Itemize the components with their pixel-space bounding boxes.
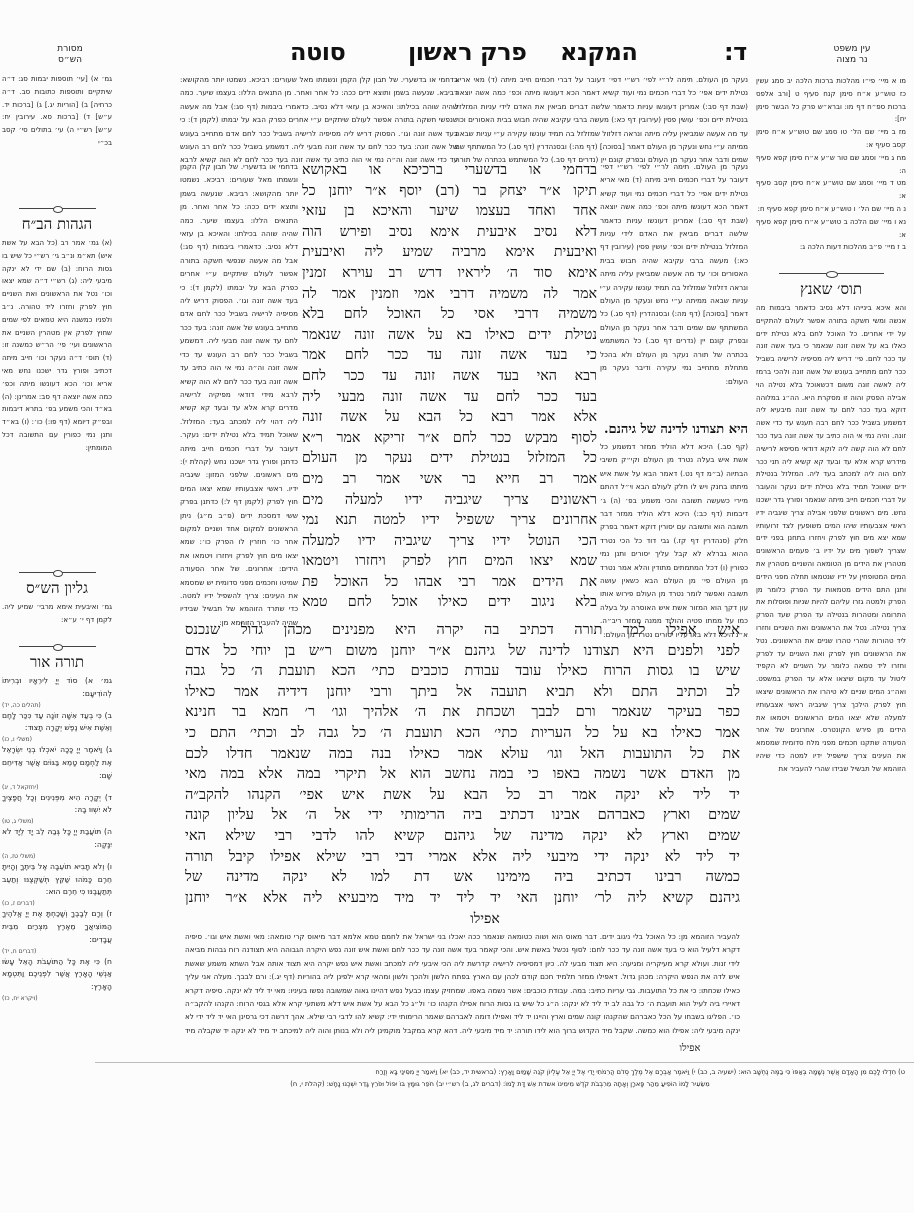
- gemara-line: כי בעד אשה זונה עד ככר לחם אמר: [302, 345, 597, 366]
- tosafot-commentary-top: בדחמי או בדשערי. של תבון קלן הקמן ונשמתו…: [180, 73, 458, 163]
- gemara-line: אימא סוד ה׳ ליראיו דרש רב עוירא זמנין: [302, 263, 597, 284]
- verse-text: ב) כִּי בְעַד אִשָּׁה זוֹנָה עַד כִּכַּר…: [2, 710, 112, 736]
- rashi-text: נעקר מן העולם. תימה לר״י לפי׳ רש״י דפי׳ …: [455, 75, 748, 163]
- gemara-wide-line: מן האדם אשר נשמה באפו כי במה נחשב הוא אל…: [185, 764, 740, 785]
- torah-or-entry: ג) וַיֹּאמֶר יְיָ כָּכָה יֹאכְלוּ בְנֵי …: [2, 744, 112, 791]
- ornament-divider: [756, 268, 906, 278]
- gemara-wide-line: לב וכתיב התם ולא תביא תועבה אל ביתך ורבי…: [185, 682, 740, 703]
- ein-mishpat-entry: מח ג מיי׳ וסמג שם טור ש״ע א״ח סימן קפא ס…: [756, 152, 906, 178]
- gemara-line: כל המזלזל בנטילת ידים נעקר מן העולם: [302, 448, 597, 469]
- gemara-line: בדחמי או בדשערי ברכיכא או באקושא: [302, 160, 597, 181]
- gemara-wide-line: גיהנם קשיא ליה לר׳ יוחנן האי יד ליד יד מ…: [185, 888, 740, 909]
- rashi-catchword: אפילו: [660, 1040, 720, 1058]
- hagahot-habach-title: הגהות הב״ח: [2, 215, 112, 234]
- verse-source: (ויקרא יח, כז): [2, 994, 112, 1003]
- ornament-divider: [2, 203, 112, 213]
- gemara-wide-line: כמשה רבינו דכתיב ביה מימינו אש דת למו לא…: [185, 867, 740, 888]
- masoret-hashas-text: גמ׳ א) [עי׳ תוספות יבמות סג: ד״ה שיתקיים…: [2, 73, 112, 203]
- gemara-line: את הידים אמר רבי אבהו כל האוכל פת: [302, 572, 597, 593]
- gemara-wide-line: שמים וארץ לא ינקה מדינה של גיהנם קשיא לה…: [185, 826, 740, 847]
- gemara-line: ואיבעית אימא מרביה שמיע ליה ואיבעית: [302, 242, 597, 263]
- gemara-line: תיקו א״ר יצחק בר (רב) יוסף א״ר יוחנן כל: [302, 181, 597, 202]
- ornament-divider: [2, 567, 112, 577]
- ein-mishpat-column: מו א מיי׳ פי״ו מהלכות ברכות הלכה יב סמג …: [756, 75, 906, 275]
- tosafot-shantz-text: והא איכא בינייהו דלא נסיב כדאמר ביבמות מ…: [756, 302, 906, 1082]
- gemara-line: אמר רב חייא בר אשי אמר רב מים: [302, 469, 597, 490]
- gemara-wide-line: יד ליד לא ינקה ידי מיבעי ליה אלא אמרי דב…: [185, 847, 740, 868]
- ein-mishpat-header: עין משפט נר מצוה: [812, 44, 892, 66]
- verse-text: ג) וַיֹּאמֶר יְיָ כָּכָה יֹאכְלוּ בְנֵי …: [2, 744, 112, 782]
- torah-or-entry: ד) יְקָרָה הִיא מִפְּנִינִים וְכָל חֲפָצ…: [2, 792, 112, 827]
- gemara-wide-line: לפני ולפנים היא תצודנו לדינה של גיהנם א״…: [185, 641, 740, 662]
- ein-mishpat-entry: מז ב מיי׳ שם הל׳ טו סמג שם טוש״ע א״ח סימ…: [756, 126, 906, 152]
- torah-or-entry: ח) כִּי אֶת כָּל הַתּוֹעֵבֹת הָאֵל עָשׂו…: [2, 956, 112, 1003]
- gemara-line: לסוף מבקש ככר לחם א״ר זריקא אמר ר״א: [302, 428, 597, 449]
- gemara-line: אמר לה משמיה דרבי אמי וזמנין אמר לה: [302, 284, 597, 305]
- ein-mishpat-entry: ב ז מיי׳ פ״ב מהלכות דעות הלכה ג:: [756, 241, 906, 254]
- gemara-line: בלא ניגוב ידים כאילו אוכל לחם טמא: [302, 592, 597, 613]
- gemara-line: הכי הנוטל ידיו צריך שיגביה ידיו למעלה: [302, 531, 597, 552]
- ein-mishpat-entry: נ ה מיי׳ שם הל׳ ו טוש״ע א״ח סימן קפא סעי…: [756, 203, 906, 216]
- verse-text: ה) תּוֹעֲבַת יְיָ כָּל גְּבַהּ לֵב יָד ל…: [2, 826, 112, 852]
- gemara-catchword: אפילו: [455, 910, 515, 928]
- torah-or-entry: ו) וְלֹא תָבִיא תוֹעֵבָה אֶל בֵּיתֶךָ וְ…: [2, 861, 112, 908]
- torah-or-entry: ב) כִּי בְעַד אִשָּׁה זוֹנָה עַד כִּכַּר…: [2, 710, 112, 745]
- rashi-commentary-top: נעקר מן העולם. תימה לר״י לפי׳ רש״י דפי׳ …: [455, 73, 748, 163]
- rashi-heading: היא תצודנו לדינה של גיהנם.: [600, 418, 748, 437]
- gemara-line: שמא יצאו המים חוץ לפרק ויחזרו ויטמאו: [302, 551, 597, 572]
- rashi-bottom-block: להעביר הזוהמא מן: כל האוכל בלי ניגוב ידי…: [185, 930, 740, 1035]
- tosafot-text: בדחמי או בדשערי. של תבון קלן הקמן ונשמתו…: [180, 75, 458, 163]
- hashas-label: הש״ס: [40, 55, 100, 66]
- gemara-line: ראשונים צריך שיגביה ידיו למעלה מים: [302, 490, 597, 511]
- hagahot-habach-text: (א) גמ׳ אמר רב (כל הבא על אשת איש) תא״מ …: [2, 237, 112, 567]
- verse-text: ו) וְלֹא תָבִיא תוֹעֵבָה אֶל בֵּיתֶךָ וְ…: [2, 861, 112, 899]
- rashi-commentary-side: נעקר מן העולם. תימה לר״י לפי׳ רש״י דפי׳ …: [600, 160, 748, 420]
- tractate-name: סוטה: [290, 38, 345, 66]
- gilyon-hashas-text: גמ׳ ואיבעית אימא מרבי׳ שמיע ליה. לקמן דף…: [2, 601, 112, 641]
- rashi-text-continued: נעקר מן העולם. תימה לר״י לפי׳ רש״י דפי׳ …: [600, 162, 748, 386]
- daf-number: ד:: [724, 38, 747, 66]
- verse-source: (תהלים כה, יד): [2, 701, 112, 710]
- verse-text: ד) יְקָרָה הִיא מִפְּנִינִים וְכָל חֲפָצ…: [2, 792, 112, 818]
- rashi-commentary-lower: (קף סב.) היכא דלא הוליד ממזר דמשמע כל אש…: [600, 440, 748, 640]
- torah-or-entry: ה) תּוֹעֲבַת יְיָ כָּל גְּבַהּ לֵב יָד ל…: [2, 826, 112, 861]
- footnote-rule: [95, 1062, 914, 1063]
- ner-mitzvah-label: נר מצוה: [812, 55, 892, 66]
- gilyon-hashas-title: גליון הש״ס: [2, 579, 112, 598]
- gemara-wide-line: את כל התועבות האל וגו׳ עולא אמר כאילו בנ…: [185, 744, 740, 765]
- verse-source: (יחזקאל ד, יג): [2, 783, 112, 792]
- ein-mishpat-entry: נא ו מיי׳ שם הלכה ב טוש״ע א״ח סימן קפא ס…: [756, 216, 906, 242]
- gemara-wide-section: איש אפילו למד תורה דכתיב בה יקרה היא מפנ…: [185, 620, 740, 920]
- rashi-text-b: (קף סב.) היכא דלא הוליד ממזר דמשמע כל אש…: [600, 442, 748, 639]
- rashi-catch-heading: היא תצודנו לדינה של גיהנם.: [604, 422, 748, 437]
- tosafot-text-continued: בדחמי או בדשערי. של תבון קלן הקמן ונשמתו…: [180, 162, 298, 627]
- footnotes: ט) חִדְלוּ לָכֶם מִן הָאָדָם אֲשֶׁר נְשָ…: [95, 1066, 905, 1090]
- verse-source: (משלי ו, כו): [2, 735, 112, 744]
- verse-source: (דברים ז, כו): [2, 899, 112, 908]
- footnote-line: ט) חִדְלוּ לָכֶם מִן הָאָדָם אֲשֶׁר נְשָ…: [95, 1066, 905, 1078]
- gemara-line: נטילת ידים כאילו בא על אשה זונה שנאמר: [302, 325, 597, 346]
- verse-text: ז) וְרָם לְבָבֶךָ וְשָׁכַחְתָּ אֶת יְיָ …: [2, 908, 112, 946]
- masoret-header: מסורת הש״ס: [40, 44, 100, 66]
- gemara-line: דלא נסיב איבעית אימא נסיב ופירש הוה: [302, 222, 597, 243]
- verse-text: ח) כִּי אֶת כָּל הַתּוֹעֵבֹת הָאֵל עָשׂו…: [2, 956, 112, 994]
- gemara-text-column: בדחמי או בדשערי ברכיכא או באקושא תיקו א״…: [302, 160, 597, 620]
- torah-or-entry: ז) וְרָם לְבָבֶךָ וְשָׁכַחְתָּ אֶת יְיָ …: [2, 908, 112, 955]
- verse-text: גמ׳ א) סוֹד יְיָ לִירֵאָיו וּבְרִיתוֹ לְ…: [2, 675, 112, 701]
- gemara-wide-line: כפר בעיקר שנאמר ורם לבבך ושכחת את ה׳ אלה…: [185, 702, 740, 723]
- ein-mishpat-entry: מו א מיי׳ פי״ו מהלכות ברכות הלכה יב סמג …: [756, 75, 906, 126]
- rashi-bottom-text: להעביר הזוהמא מן: כל האוכל בלי ניגוב ידי…: [185, 932, 740, 1035]
- perek-number: פרק ראשון: [408, 38, 526, 66]
- ornament-divider: [2, 641, 112, 651]
- perek-name: המקנא: [560, 38, 637, 66]
- gemara-line: בעד ככר לחם עד אשה זונה מבעי ליה: [302, 387, 597, 408]
- gemara-line: משמיה דרבי אסי כל האוכל לחם בלא: [302, 304, 597, 325]
- gemara-line: אחרונים צריך ששפיל ידיו למטה תנא נמי: [302, 510, 597, 531]
- gemara-wide-line: אמר כאילו בא על כל העריות כתי׳ הכא תועבת…: [185, 723, 740, 744]
- torah-or-title: תורה אור: [2, 653, 112, 672]
- tosafot-shantz-title: תוס׳ שאנץ: [756, 280, 906, 299]
- masoret-label: מסורת: [40, 44, 100, 55]
- gemara-wide-line: שיש בו גסות הרוח כאילו עובד עבודת כוכבים…: [185, 661, 740, 682]
- torah-or-list: גמ׳ א) סוֹד יְיָ לִירֵאָיו וּבְרִיתוֹ לְ…: [2, 675, 112, 1003]
- gemara-line: אחד ואחד בעצמו שיער והאיכא בן עזאי: [302, 201, 597, 222]
- left-margin: גמ׳ א) [עי׳ תוספות יבמות סג: ד״ה שיתקיים…: [2, 73, 112, 1003]
- ein-mishpat-entry: מט ד מיי׳ וסמג שם טוש״ע א״ח סימן קסב סעי…: [756, 177, 906, 203]
- footnote-line: מִשֵּׂעִיר לָמוֹ הוֹפִיעַ מֵהַר פָּארָן …: [95, 1078, 905, 1090]
- torah-or-entry: גמ׳ א) סוֹד יְיָ לִירֵאָיו וּבְרִיתוֹ לְ…: [2, 675, 112, 710]
- gemara-line: רבא האי בעד אשה זונה עד ככר לחם: [302, 366, 597, 387]
- gemara-wide-line: איש אפילו למד תורה דכתיב בה יקרה היא מפנ…: [185, 620, 740, 641]
- ein-mishpat-label: עין משפט: [812, 44, 892, 55]
- verse-source: (משלי טז, ה): [2, 852, 112, 861]
- gemara-line: אלא אמר רבא כל הבא על אשה זונה: [302, 407, 597, 428]
- gemara-wide-line: יד ליד לא ינקה אמר רב כל הבא על אשת איש …: [185, 785, 740, 806]
- verse-source: (משלי ג, טו): [2, 817, 112, 826]
- verse-source: (דברים ח, יד): [2, 947, 112, 956]
- gemara-wide-line: שמים וארץ כאברהם אבינו דכתיב ביה הרימותי…: [185, 805, 740, 826]
- tosafot-shantz-section: תוס׳ שאנץ והא איכא בינייהו דלא נסיב כדאמ…: [756, 268, 906, 1082]
